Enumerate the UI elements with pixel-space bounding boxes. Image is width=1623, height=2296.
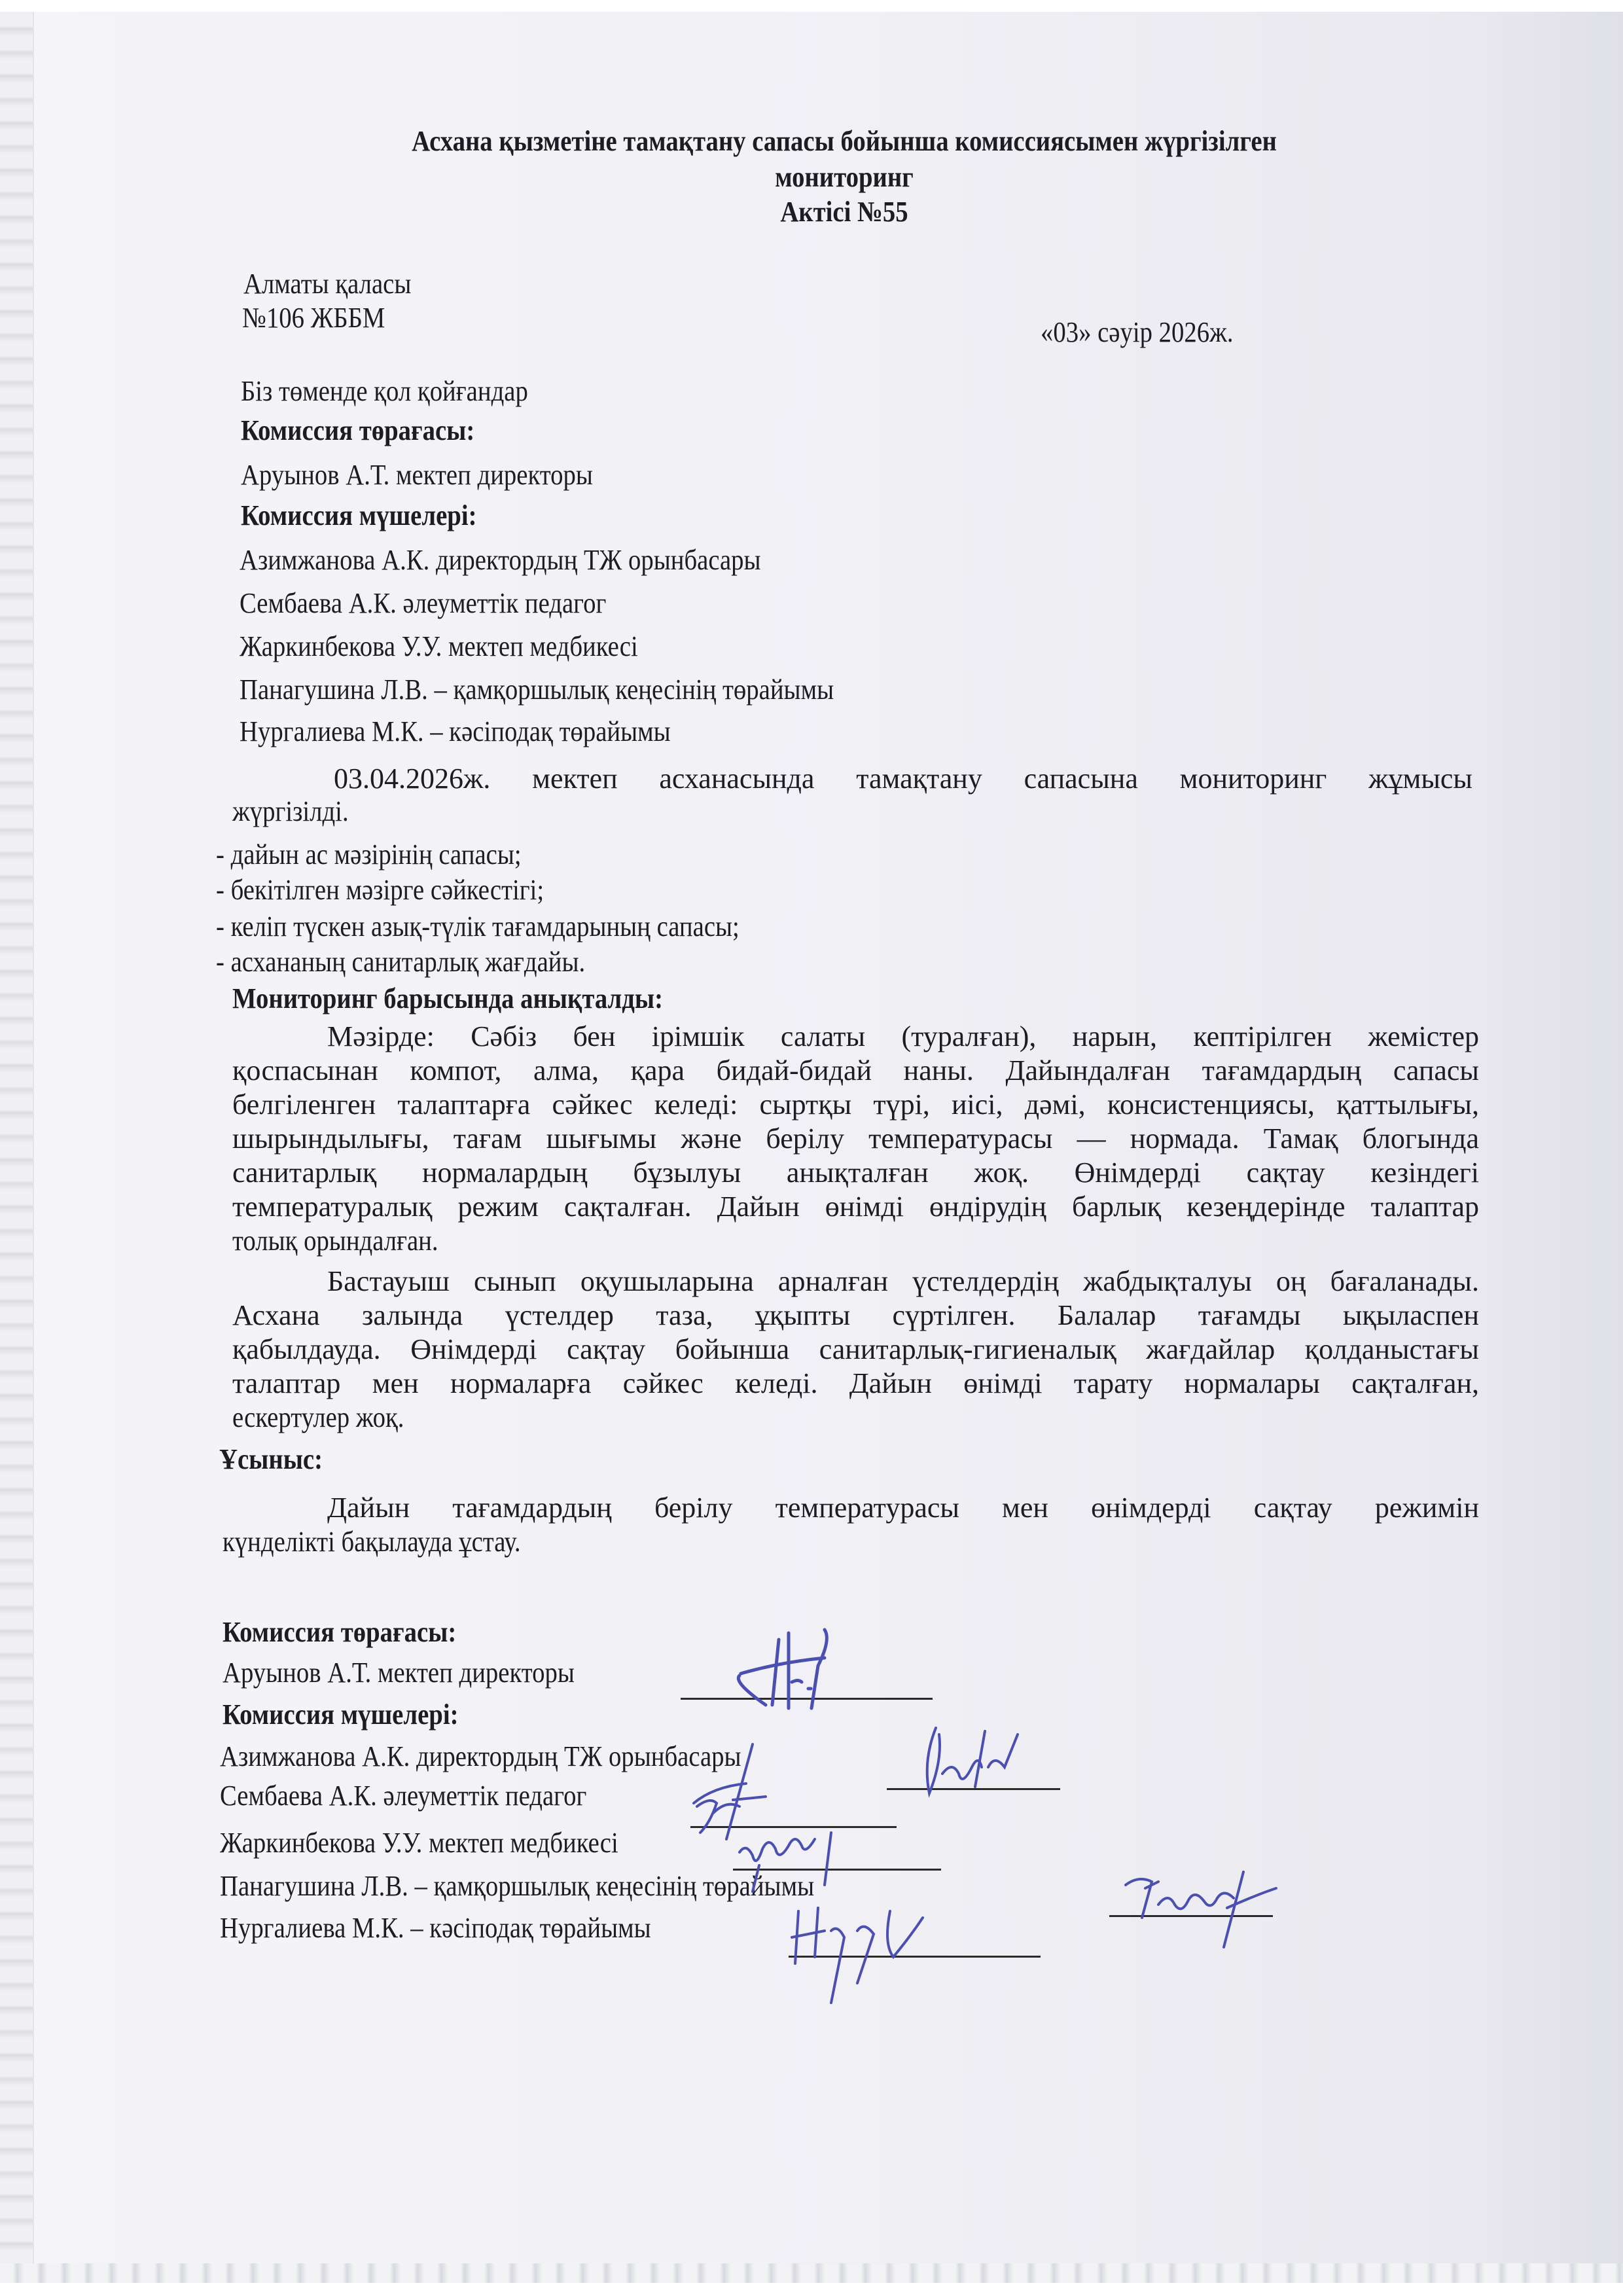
check-item-3: - келіп түскен азық-түлік тағамдарының с…	[216, 910, 740, 944]
sig-members-heading: Комиссия мүшелері:	[223, 1698, 458, 1732]
sig-member-1: Азимжанова А.К. директордың ТЖ орынбасар…	[220, 1740, 741, 1774]
findings-p1-line6: температуралық режим сақталған. Дайын өн…	[232, 1190, 1479, 1224]
member-4: Панагушина Л.В. – қамқоршылық кеңесінің …	[240, 673, 834, 707]
findings-p1-line5: санитарлық нормалардың бұзылуы анықталға…	[232, 1156, 1479, 1190]
sig-member-2: Сембаева А.К. әлеуметтік педагог	[220, 1779, 586, 1813]
binder-edge-left	[0, 12, 34, 2283]
sig-member-5: Нургалиева М.К. – кәсіподақ төрайымы	[220, 1911, 651, 1945]
document-title-line2: мониторинг	[101, 160, 1587, 194]
member-2: Сембаева А.К. әлеуметтік педагог	[240, 586, 606, 620]
chair-heading: Комиссия төрағасы:	[241, 414, 474, 448]
findings-p1-line3: белгіленген талаптарға сәйкес келеді: сы…	[232, 1088, 1479, 1122]
findings-p1-line7: толық орындалған.	[232, 1224, 438, 1258]
city-label: Алматы қаласы	[243, 267, 411, 301]
monitoring-statement-line2: жүргізілді.	[232, 795, 349, 829]
member-3: Жаркинбекова У.У. мектеп медбикесі	[240, 630, 638, 664]
monitoring-statement-line1: 03.04.2026ж. мектеп асханасында тамақтан…	[334, 762, 1472, 796]
findings-p2-line3: қабылдауда. Өнімдерді сақтау бойынша сан…	[232, 1333, 1479, 1367]
sig-member-3: Жаркинбекова У.У. мектеп медбикесі	[220, 1826, 618, 1860]
document-title-act-number: Актісі №55	[101, 195, 1587, 229]
findings-p1-line2: қоспасынан компот, алма, қара бидай-бида…	[232, 1054, 1479, 1088]
recommendation-line2: күнделікті бақылауда ұстау.	[223, 1525, 521, 1559]
findings-p2-line1: Бастауыш сынып оқушыларына арналған үсте…	[327, 1265, 1479, 1299]
findings-p2-line5: ескертулер жоқ.	[232, 1401, 404, 1435]
member-1: Азимжанова А.К. директордың ТЖ орынбасар…	[240, 543, 761, 577]
check-item-1: - дайын ас мәзірінің сапасы;	[216, 838, 522, 872]
sig-member-4: Панагушина Л.В. – қамқоршылық кеңесінің …	[220, 1869, 814, 1903]
members-heading: Комиссия мүшелері:	[241, 499, 476, 533]
sig-chair-heading: Комиссия төрағасы:	[223, 1615, 456, 1649]
recommendation-line1: Дайын тағамдардың берілу температурасы м…	[327, 1491, 1479, 1525]
member-5: Нургалиева М.К. – кәсіподақ төрайымы	[240, 715, 671, 749]
binder-edge-bottom	[0, 2263, 1623, 2283]
school-label: №106 ЖББМ	[242, 301, 385, 335]
check-item-4: - асхананың санитарлық жағдайы.	[216, 945, 585, 979]
recommendation-heading: Ұсыныс:	[219, 1443, 323, 1477]
chair-name: Аруынов А.Т. мектеп директоры	[241, 458, 593, 492]
findings-p2-line2: Асхана залында үстелдер таза, ұқыпты сүр…	[232, 1299, 1479, 1333]
findings-p1-line4: шырындылығы, тағам шығымы және берілу те…	[232, 1122, 1479, 1156]
document-date: «03» сәуір 2026ж.	[1041, 315, 1234, 350]
signed-below-label: Біз төменде қол қойғандар	[241, 374, 528, 408]
check-item-2: - бекітілген мәзірге сәйкестігі;	[216, 873, 544, 907]
sig-chair-name: Аруынов А.Т. мектеп директоры	[223, 1656, 575, 1690]
document-title-line1: Асхана қызметіне тамақтану сапасы бойынш…	[101, 124, 1587, 158]
findings-p1-line1: Мәзірде: Сәбіз бен ірімшік салаты (турал…	[327, 1020, 1479, 1054]
findings-p2-line4: талаптар мен нормаларға сәйкес келеді. Д…	[232, 1367, 1479, 1401]
findings-heading: Мониторинг барысында анықталды:	[232, 982, 663, 1016]
